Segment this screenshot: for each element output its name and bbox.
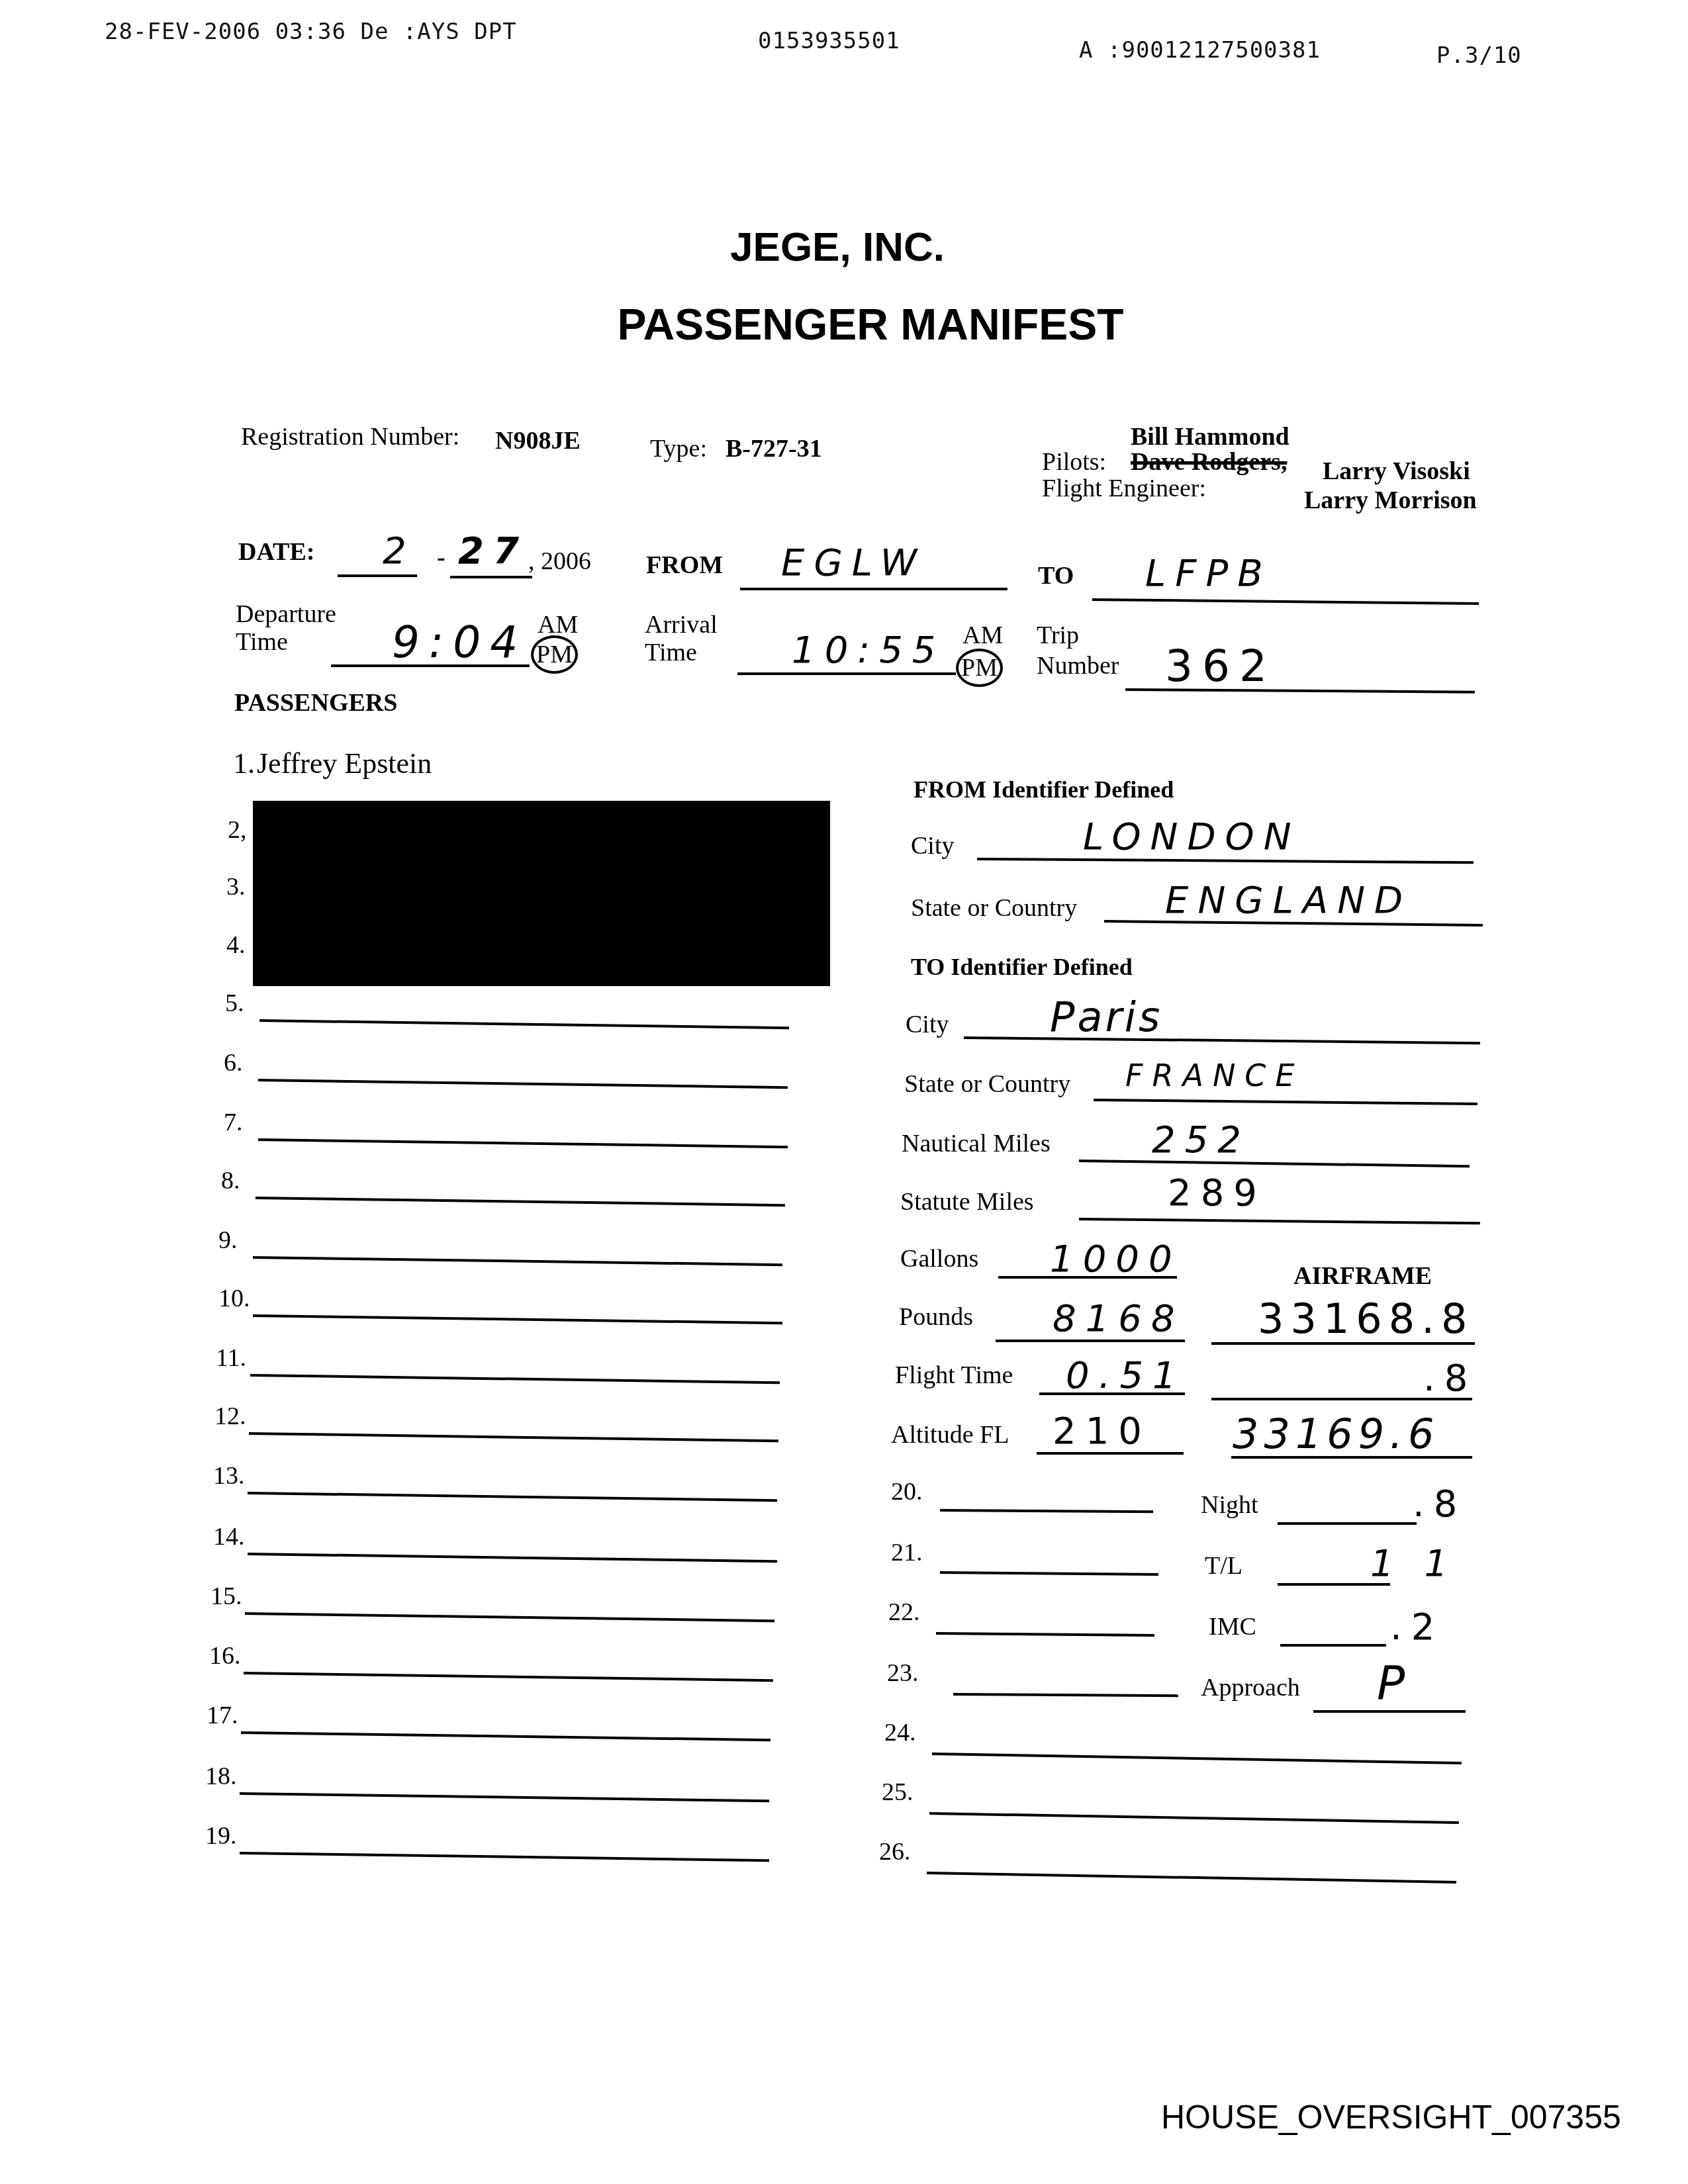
passenger-9-number: 9. [218, 1226, 238, 1255]
passenger-7-number: 7. [224, 1108, 243, 1137]
from-identifier-heading: FROM Identifier Defined [914, 776, 1174, 803]
passenger-12-number: 12. [214, 1402, 246, 1431]
passenger-15-number: 15. [211, 1582, 242, 1611]
nautical-miles-label: Nautical Miles [902, 1129, 1051, 1158]
passenger-17-line[interactable] [241, 1731, 771, 1741]
departure-pm-option[interactable]: PM [531, 635, 578, 674]
flight-time-value[interactable]: 0.51 [1066, 1354, 1186, 1397]
departure-time-value[interactable]: 9:04 [392, 617, 527, 668]
arrival-time-value[interactable]: 10:55 [792, 629, 945, 672]
passengers-heading: PASSENGERS [234, 688, 397, 717]
passenger-1-name[interactable]: Jeffrey Epstein [257, 747, 432, 780]
to-country-value[interactable]: FRANCE [1125, 1058, 1303, 1093]
to-value[interactable]: LFPB [1145, 552, 1272, 595]
passenger-14-line[interactable] [248, 1553, 777, 1563]
approach-label: Approach [1201, 1673, 1300, 1702]
trip-number-label: Number [1037, 651, 1119, 680]
passenger-26-line[interactable] [927, 1872, 1456, 1884]
to-country-label: State or Country [904, 1069, 1070, 1099]
date-month-line [338, 574, 417, 577]
to-city-line [964, 1036, 1480, 1044]
pilot-name-2: Larry Visoski [1323, 457, 1470, 486]
company-name: JEGE, INC. [0, 224, 1681, 271]
arrival-pm-option[interactable]: PM [956, 649, 1003, 687]
date-year: , 2006 [528, 547, 591, 576]
passenger-1-number: 1. [233, 747, 255, 780]
passenger-22-line[interactable] [936, 1632, 1154, 1637]
passenger-15-line[interactable] [245, 1612, 774, 1622]
date-label: DATE: [238, 537, 314, 567]
flight-engineer-label: Flight Engineer: [1042, 474, 1206, 503]
passenger-25-number: 25. [882, 1778, 914, 1807]
trip-number-value[interactable]: 362 [1165, 641, 1276, 692]
imc-label: IMC [1209, 1612, 1256, 1641]
passenger-6-line[interactable] [258, 1079, 788, 1089]
approach-value[interactable]: P [1377, 1656, 1414, 1710]
passenger-20-line[interactable] [940, 1509, 1153, 1513]
night-value[interactable]: .8 [1413, 1482, 1466, 1525]
pm-circled-marker: PM [531, 635, 578, 674]
passenger-16-number: 16. [209, 1641, 241, 1670]
passenger-21-number: 21. [891, 1538, 923, 1567]
passenger-8-number: 8. [221, 1166, 240, 1195]
arrival-time-line [737, 672, 956, 675]
from-country-value[interactable]: ENGLAND [1165, 879, 1412, 922]
date-separator: - [437, 543, 445, 572]
date-day-line [450, 576, 532, 578]
arrival-time-label: Time [645, 638, 697, 667]
from-line [740, 588, 1008, 590]
trip-label: Trip [1037, 621, 1079, 650]
statute-miles-line [1079, 1218, 1480, 1224]
to-line [1092, 598, 1479, 605]
imc-line [1280, 1644, 1386, 1647]
gallons-value[interactable]: 1000 [1050, 1238, 1182, 1281]
date-month-value[interactable]: 2 [383, 529, 416, 572]
from-country-label: State or Country [911, 893, 1077, 923]
passenger-26-number: 26. [879, 1837, 911, 1866]
arrival-label: Arrival [645, 610, 718, 639]
passenger-17-number: 17. [207, 1701, 238, 1730]
redaction-block [253, 801, 830, 986]
date-day-value[interactable]: 27 [458, 529, 528, 572]
to-country-line [1094, 1099, 1477, 1105]
tl-value[interactable]: 1 1 [1370, 1542, 1457, 1585]
bates-number: HOUSE_OVERSIGHT_007355 [1161, 2098, 1621, 2136]
fax-from-number: 0153935501 [758, 28, 900, 54]
approach-line [1313, 1710, 1466, 1713]
from-city-value[interactable]: LONDON [1083, 815, 1301, 858]
statute-miles-value[interactable]: 289 [1168, 1171, 1266, 1214]
passenger-19-line[interactable] [240, 1852, 769, 1862]
tl-label: T/L [1205, 1551, 1243, 1580]
passenger-7-line[interactable] [258, 1138, 788, 1148]
altitude-label: Altitude FL [891, 1420, 1009, 1449]
to-identifier-heading: TO Identifier Defined [911, 953, 1133, 981]
gallons-label: Gallons [900, 1244, 978, 1273]
type-value: B-727-31 [726, 434, 822, 463]
night-line [1278, 1522, 1417, 1525]
passenger-3-number: 3. [226, 872, 246, 901]
type-label: Type: [650, 434, 707, 463]
departure-time-label: Time [236, 627, 288, 657]
passenger-8-line[interactable] [256, 1197, 785, 1206]
pounds-value[interactable]: 8168 [1053, 1297, 1184, 1340]
passenger-20-number: 20. [891, 1477, 923, 1506]
airframe-heading: AIRFRAME [1293, 1261, 1432, 1291]
departure-label: Departure [236, 600, 336, 629]
passenger-11-line[interactable] [250, 1374, 780, 1384]
passenger-16-line[interactable] [244, 1672, 773, 1682]
pilots-label: Pilots: [1042, 447, 1106, 477]
from-city-label: City [911, 831, 954, 860]
imc-value[interactable]: .2 [1390, 1606, 1444, 1649]
altitude-value[interactable]: 210 [1053, 1410, 1151, 1453]
from-city-line [977, 858, 1474, 864]
passenger-5-number: 5. [225, 989, 244, 1018]
passenger-12-line[interactable] [249, 1432, 778, 1442]
passenger-5-line[interactable] [259, 1019, 789, 1029]
to-city-label: City [906, 1010, 949, 1039]
passenger-24-number: 24. [884, 1718, 916, 1747]
statute-miles-label: Statute Miles [900, 1187, 1034, 1216]
document-title: PASSENGER MANIFEST [26, 299, 1688, 349]
registration-label: Registration Number: [241, 422, 459, 451]
arrival-am-option[interactable]: AM [962, 621, 1003, 650]
from-value[interactable]: EGLW [781, 541, 926, 584]
passenger-14-number: 14. [213, 1522, 245, 1551]
passenger-23-line[interactable] [953, 1693, 1178, 1697]
nautical-miles-value[interactable]: 252 [1152, 1118, 1250, 1161]
passenger-18-number: 18. [205, 1762, 237, 1791]
passenger-6-number: 6. [224, 1048, 243, 1077]
to-city-value[interactable]: Paris [1050, 993, 1162, 1041]
passenger-10-number: 10. [218, 1284, 250, 1313]
flight-time-label: Flight Time [895, 1361, 1013, 1390]
fax-page-number: P.3/10 [1436, 42, 1522, 69]
passenger-10-line[interactable] [253, 1314, 782, 1324]
fax-timestamp: 28-FEV-2006 03:36 De :AYS DPT [105, 19, 517, 45]
passenger-22-number: 22. [888, 1598, 920, 1627]
registration-value: N908JE [495, 426, 581, 455]
flight-engineer-name: Larry Morrison [1304, 486, 1477, 515]
altitude-airframe-value[interactable]: 33169.6 [1233, 1410, 1439, 1458]
passenger-18-line[interactable] [240, 1792, 769, 1802]
fax-to-number: A :90012127500381 [1079, 37, 1321, 64]
passenger-2-number: 2, [228, 815, 247, 844]
passenger-25-line[interactable] [929, 1812, 1459, 1824]
pilot-struck-name: Dave Rodgers, [1131, 447, 1287, 477]
to-label: TO [1038, 561, 1074, 590]
passenger-13-line[interactable] [248, 1492, 777, 1502]
pounds-label: Pounds [899, 1302, 973, 1332]
pounds-airframe-value[interactable]: 33168.8 [1258, 1295, 1474, 1343]
passenger-11-number: 11. [216, 1343, 246, 1373]
flight-time-airframe-value[interactable]: .8 [1423, 1357, 1477, 1400]
nautical-miles-line [1079, 1160, 1470, 1167]
passenger-21-line[interactable] [940, 1571, 1158, 1576]
night-label: Night [1201, 1490, 1258, 1520]
passenger-23-number: 23. [887, 1659, 919, 1688]
passenger-19-number: 19. [205, 1821, 237, 1850]
pm-circled-marker: PM [956, 649, 1003, 687]
passenger-4-number: 4. [226, 931, 246, 960]
passenger-9-line[interactable] [253, 1256, 782, 1266]
passenger-24-line[interactable] [932, 1752, 1462, 1764]
passenger-13-number: 13. [213, 1461, 245, 1490]
from-label: FROM [646, 551, 723, 580]
